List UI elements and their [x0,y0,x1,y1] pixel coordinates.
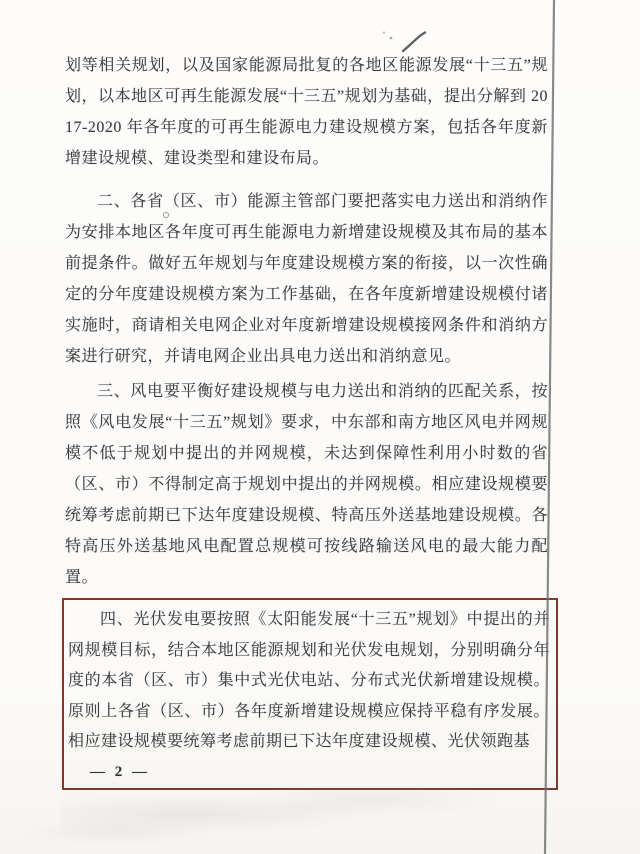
page-number: — 2 — [68,758,550,787]
pen-speck-icon [390,37,393,40]
document-body: 划等相关规划，以及国家能源局批复的各地区能源发展“十三五”规划，以本地区可再生能… [65,50,548,596]
scan-smudge [60,794,380,834]
document-page: 划等相关规划，以及国家能源局批复的各地区能源发展“十三五”规划，以本地区可再生能… [0,0,640,854]
scan-smudge [18,818,208,846]
handwritten-check-icon [403,33,425,52]
paragraph-1: 划等相关规划，以及国家能源局批复的各地区能源发展“十三五”规划，以本地区可再生能… [65,50,548,174]
paragraph-4-highlighted: 四、光伏发电要按照《太阳能发展“十三五”规划》中提出的并网规模目标，结合本地区能… [68,605,550,758]
highlight-box: 四、光伏发电要按照《太阳能发展“十三五”规划》中提出的并网规模目标，结合本地区能… [62,598,558,790]
scan-smudge [240,786,500,818]
paragraph-2: 二、各省（区、市）能源主管部门要把落实电力送出和消纳作为安排本地区各年度可再生能… [65,186,548,372]
pen-speck-icon [383,31,385,33]
paragraph-3: 三、风电要平衡好建设规模与电力送出和消纳的匹配关系，按照《风电发展“十三五”规划… [65,376,548,593]
